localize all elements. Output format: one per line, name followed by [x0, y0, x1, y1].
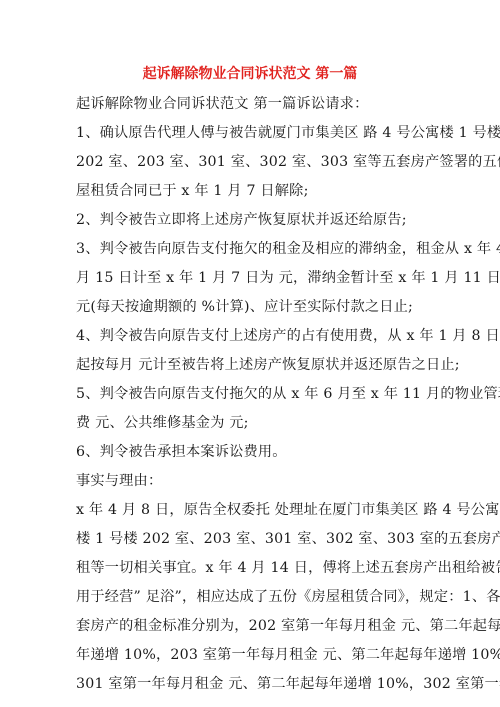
- text-line: 301 室第一年每月租金 元、第二年起每年递增 10%，302 室第一年: [76, 674, 436, 694]
- text-line: 租等一切相关事宜。x 年 4 月 14 日，傅将上述五套房产出租给被告: [76, 558, 436, 578]
- text-line: 费 元、公共维修基金为 元;: [76, 413, 436, 433]
- section-heading: 事实与理由：: [76, 471, 436, 491]
- text-line: 5、判令被告向原告支付拖欠的从 x 年 6 月至 x 年 11 月的物业管理: [76, 384, 436, 404]
- text-line: 月 15 日计至 x 年 1 月 7 日为 元，滞纳金暂计至 x 年 1 月 1…: [76, 268, 436, 288]
- document-page: 起诉解除物业合同诉状范文 第一篇 起诉解除物业合同诉状范文 第一篇诉讼请求： 1…: [0, 0, 500, 707]
- text-line: 套房产的租金标准分别为，202 室第一年每月租金 元、第二年起每: [76, 616, 436, 636]
- text-line: 年递增 10%，203 室第一年每月租金 元、第二年起每年递增 10%，: [76, 645, 436, 665]
- text-line: 楼 1 号楼 202 室、203 室、301 室、302 室、303 室的五套房…: [76, 529, 436, 549]
- text-line: 屋租赁合同已于 x 年 1 月 7 日解除;: [76, 181, 436, 201]
- text-line: 202 室、203 室、301 室、302 室、303 室等五套房产签署的五份房: [76, 152, 436, 172]
- text-line: 6、判令被告承担本案诉讼费用。: [76, 442, 436, 462]
- text-line: 3、判令被告向原告支付拖欠的租金及相应的滞纳金，租金从 x 年 4: [76, 239, 436, 259]
- text-line: 元(每天按逾期额的 %计算)、应计至实际付款之日止;: [76, 297, 436, 317]
- text-line: 4、判令被告向原告支付上述房产的占有使用费，从 x 年 1 月 8 日计: [76, 326, 436, 346]
- text-line: 起按每月 元计至被告将上述房产恢复原状并返还原告之日止;: [76, 355, 436, 375]
- text-line: 用于经营” 足浴”，相应达成了五份《房屋租赁合同》，规定：1、各: [76, 587, 436, 607]
- document-title: 起诉解除物业合同诉状范文 第一篇: [0, 63, 500, 83]
- text-line: x 年 4 月 8 日，原告全权委托 处理址在厦门市集美区 路 4 号公寓: [76, 500, 436, 520]
- text-line: 1、确认原告代理人傅与被告就厦门市集美区 路 4 号公寓楼 1 号楼: [76, 123, 436, 143]
- text-line: 起诉解除物业合同诉状范文 第一篇诉讼请求：: [76, 94, 436, 114]
- text-line: 2、判令被告立即将上述房产恢复原状并返还给原告;: [76, 210, 436, 230]
